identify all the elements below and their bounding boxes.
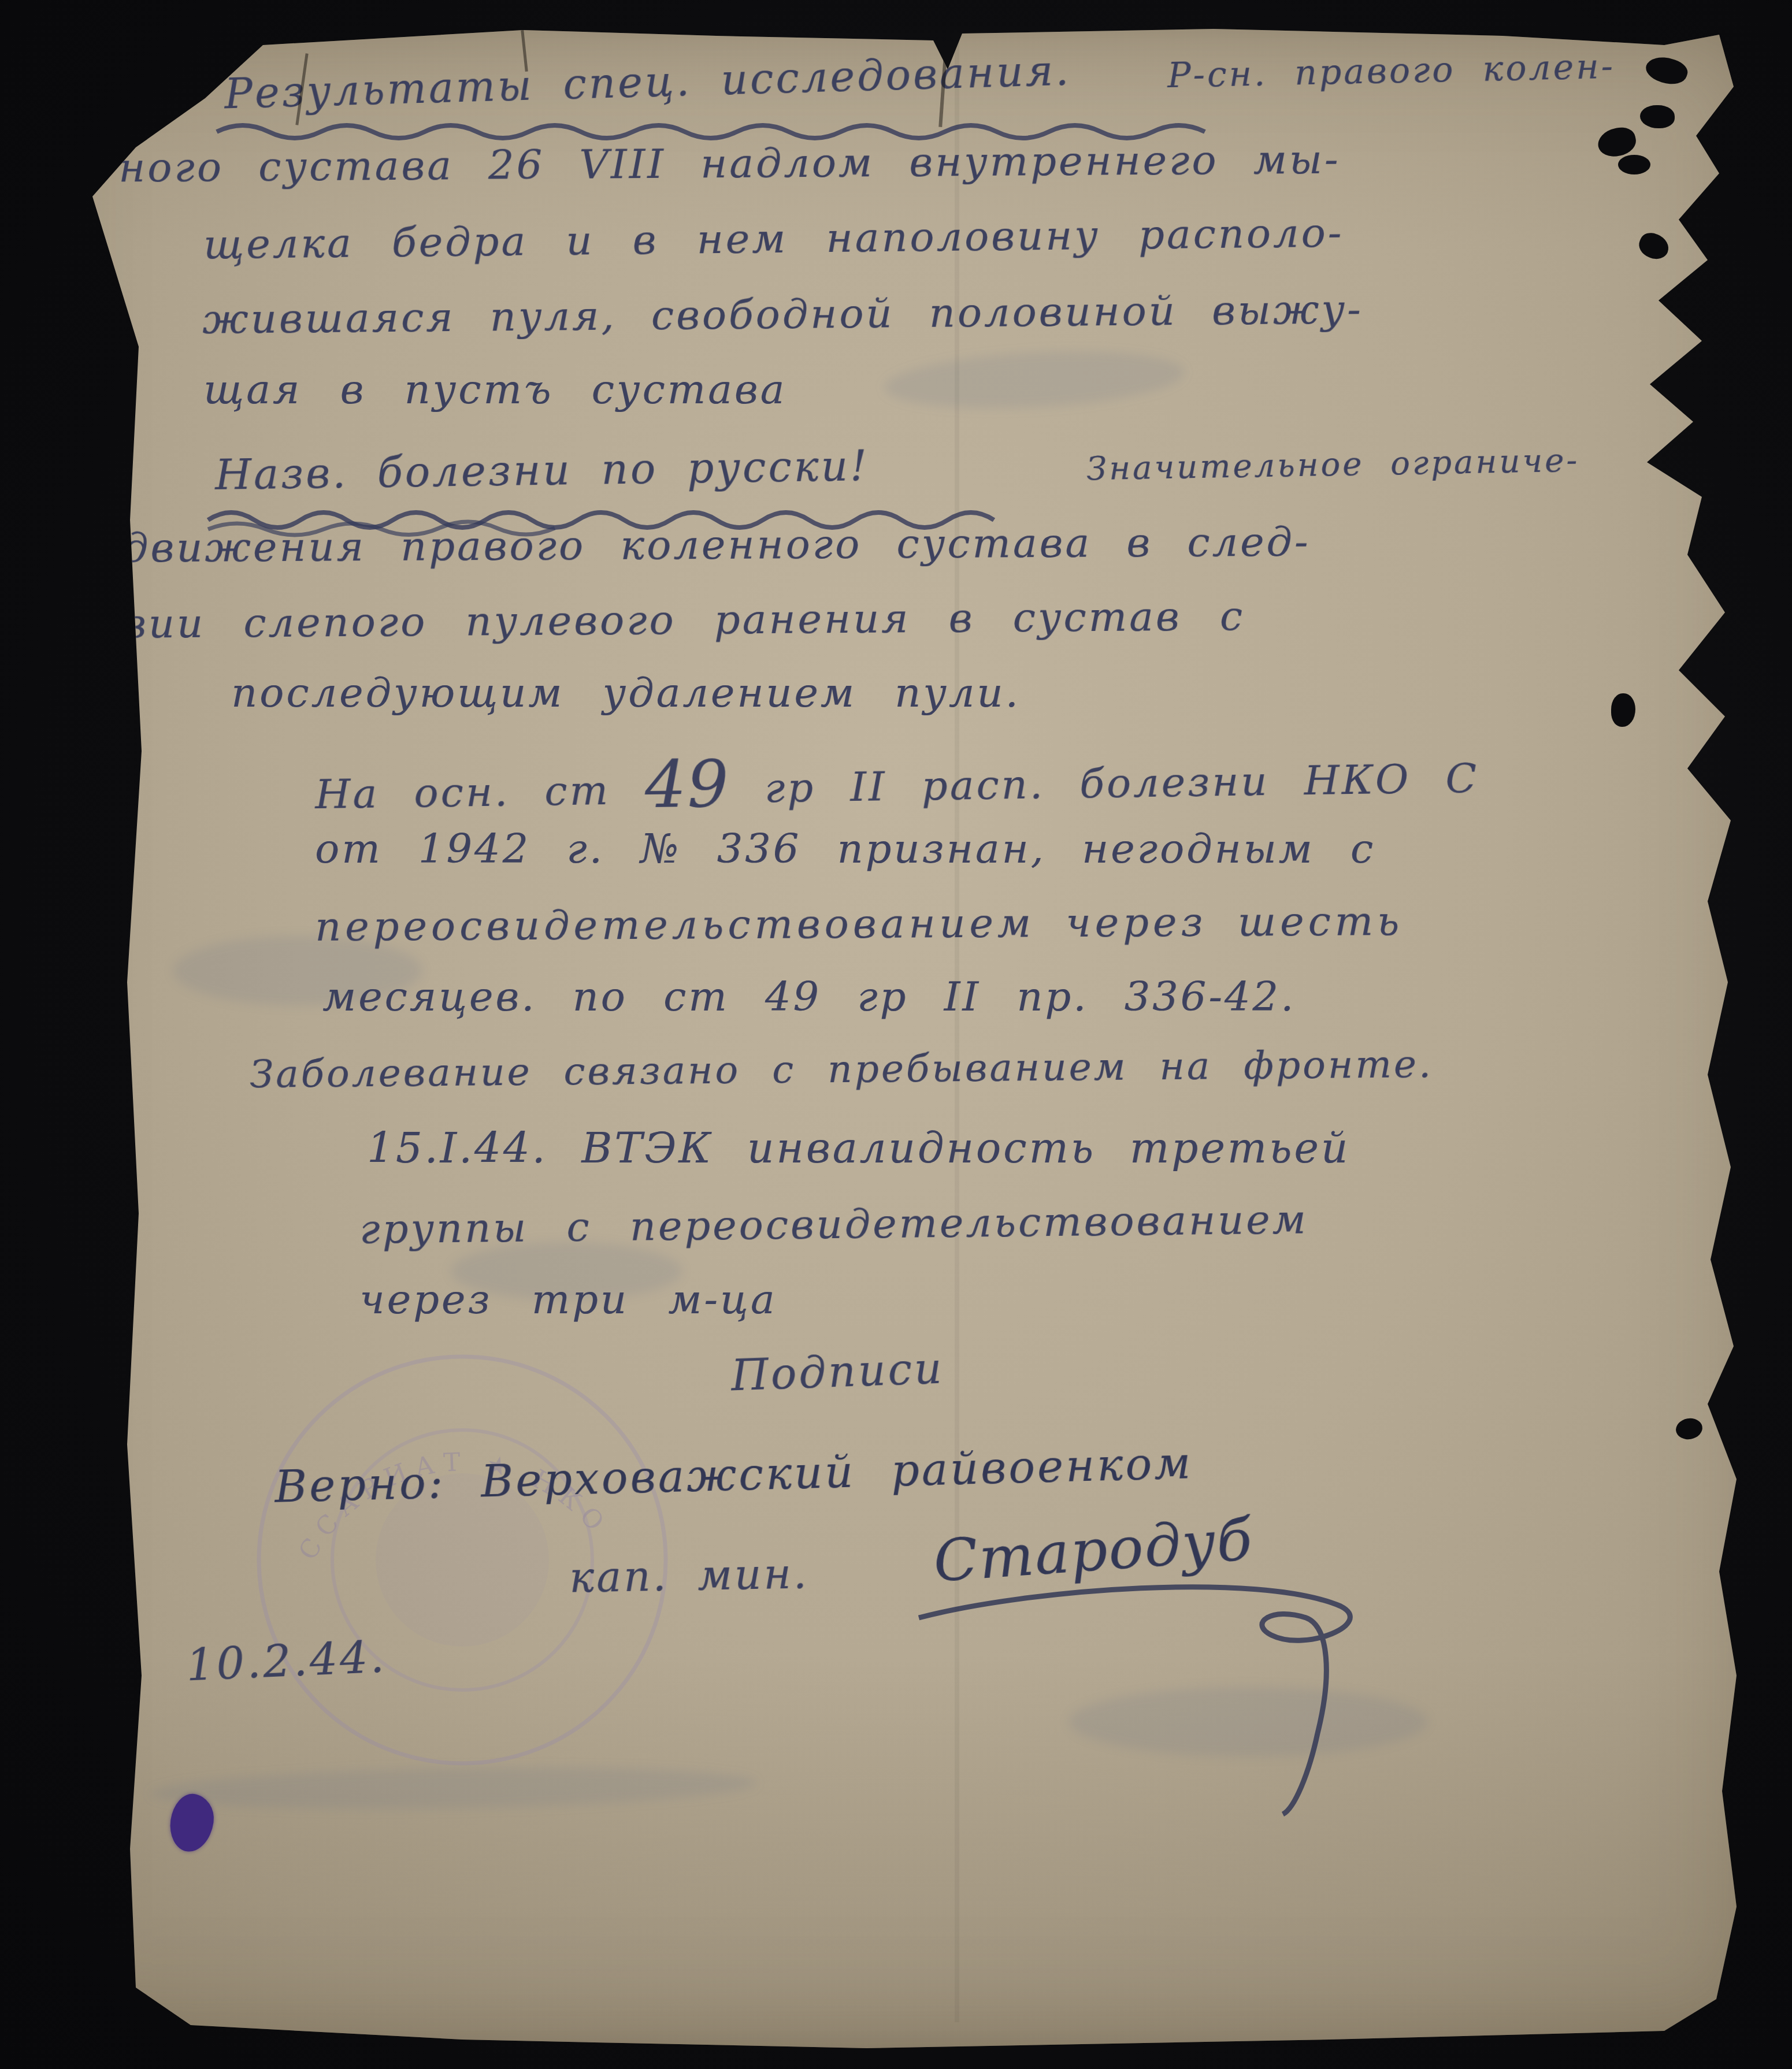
doc-line-6b: Значительное ограниче- bbox=[1086, 442, 1579, 488]
scanned-document: ССАРИАТ ★ НКО Результаты спец. исследова… bbox=[0, 0, 1792, 2069]
paper-hole bbox=[1611, 693, 1635, 727]
doc-line-1b: Р-сн. правого колен- bbox=[1167, 46, 1615, 96]
doc-line-15: 15.I.44. ВТЭК инвалидность третьей bbox=[367, 1124, 1350, 1172]
doc-line-9: последующим удалением пули. bbox=[231, 669, 1021, 716]
rank-abbreviation: кап. мин. bbox=[569, 1549, 809, 1602]
line10-pre: На осн. ст bbox=[315, 767, 611, 818]
doc-line-8: вии слепого пулевого ранения в сустав с bbox=[123, 592, 1245, 648]
fold-crease bbox=[955, 40, 959, 2022]
paper-hole bbox=[1674, 1416, 1704, 1441]
doc-line-14: Заболевание связано с пребыванием на фро… bbox=[250, 1042, 1433, 1097]
doc-line-10: На осн. ст 49 гр II расп. болезни НКО С bbox=[314, 736, 1479, 827]
doc-line-13: месяцев. по ст 49 гр II пр. 336-42. bbox=[322, 973, 1296, 1020]
doc-line-11: от 1942 г. № 336 признан, негодным с bbox=[315, 825, 1375, 872]
paper-sheet: ССАРИАТ ★ НКО Результаты спец. исследова… bbox=[0, 0, 1792, 2069]
disease-name-heading: Назв. болезни по русски! bbox=[214, 441, 869, 499]
date: 10.2.44. bbox=[185, 1630, 387, 1691]
doc-line-2: ного сустава 26 VIII надлом внутреннего … bbox=[118, 136, 1341, 192]
paper-hole bbox=[1640, 105, 1675, 128]
line10-post: гр II расп. болезни НКО С bbox=[764, 755, 1479, 812]
paper-hole bbox=[1643, 52, 1690, 89]
signature-flourish bbox=[901, 1583, 1422, 1826]
paper-hole bbox=[1618, 155, 1650, 174]
doc-line-4: жившаяся пуля, свободной половиной выжу- bbox=[202, 285, 1363, 343]
article-number: 49 bbox=[644, 746, 730, 823]
ink-smudge bbox=[883, 344, 1186, 415]
ink-smudge bbox=[150, 1763, 757, 1814]
signatures-label: Подписи bbox=[730, 1344, 945, 1401]
doc-line-17: через три м-ца bbox=[359, 1276, 777, 1323]
signature: Стародуб bbox=[932, 1506, 1255, 1595]
doc-line-3: щелка бедра и в нем наполовину располо- bbox=[203, 209, 1344, 269]
paper-hole bbox=[1635, 229, 1672, 263]
doc-line-12: переосвидетельствованием через шесть bbox=[315, 897, 1404, 950]
doc-line-16: группы с переосвидетельствованием bbox=[359, 1195, 1308, 1253]
doc-line-7: движения правого коленного сустава в сле… bbox=[123, 518, 1311, 572]
doc-line-5: щая в пустъ сустава bbox=[203, 366, 786, 413]
